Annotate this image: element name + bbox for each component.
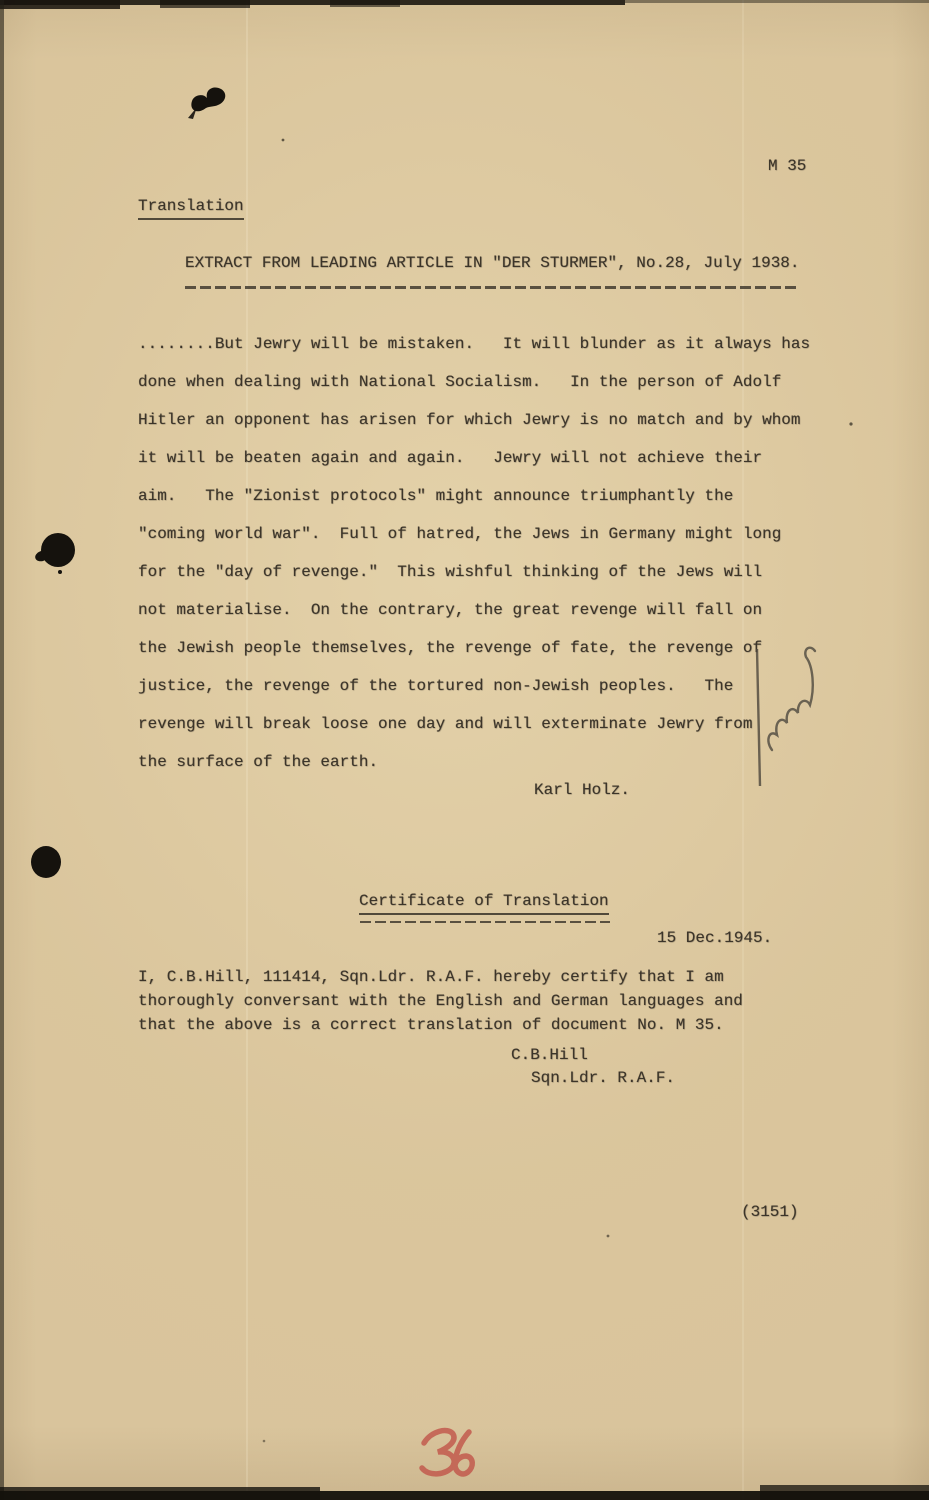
translation-heading: Translation — [138, 197, 244, 216]
text-line: thoroughly conversant with the English a… — [138, 992, 743, 1016]
article-title-underline — [185, 286, 799, 289]
text-line: the surface of the earth. — [138, 753, 810, 791]
translation-heading-text: Translation — [138, 197, 244, 220]
text-line: ........But Jewry will be mistaken. It w… — [138, 335, 810, 373]
certificate-body: I, C.B.Hill, 111414, Sqn.Ldr. R.A.F. her… — [138, 968, 743, 1040]
ink-blot-top — [188, 87, 225, 119]
article-body: ........But Jewry will be mistaken. It w… — [138, 335, 810, 791]
signer-name: C.B.Hill — [511, 1046, 588, 1065]
page-number-handwritten — [422, 1431, 472, 1474]
scan-edge-left — [0, 0, 4, 1500]
text-line: it will be beaten again and again. Jewry… — [138, 449, 810, 487]
text-line: that the above is a correct translation … — [138, 1016, 743, 1040]
scan-edge-bottom — [0, 1485, 929, 1500]
article-title: EXTRACT FROM LEADING ARTICLE IN "DER STU… — [185, 254, 800, 273]
footer-ref: (3151) — [741, 1203, 799, 1222]
text-line: done when dealing with National Socialis… — [138, 373, 810, 411]
text-line: Hitler an opponent has arisen for which … — [138, 411, 810, 449]
certificate-heading-text: Certificate of Translation — [359, 892, 609, 915]
signer-rank: Sqn.Ldr. R.A.F. — [531, 1069, 675, 1088]
text-line: justice, the revenge of the tortured non… — [138, 677, 810, 715]
certificate-heading-underline — [360, 921, 610, 923]
text-line: "coming world war". Full of hatred, the … — [138, 525, 810, 563]
text-line: the Jewish people themselves, the reveng… — [138, 639, 810, 677]
document-page: M 35 Translation EXTRACT FROM LEADING AR… — [0, 0, 929, 1500]
text-line: aim. The "Zionist protocols" might annou… — [138, 487, 810, 525]
ink-blot-left-upper — [34, 533, 75, 574]
text-line: revenge will break loose one day and wil… — [138, 715, 810, 753]
certificate-heading: Certificate of Translation — [359, 892, 609, 911]
text-line: for the "day of revenge." This wishful t… — [138, 563, 810, 601]
text-line: not materialise. On the contrary, the gr… — [138, 601, 810, 639]
text-line: I, C.B.Hill, 111414, Sqn.Ldr. R.A.F. her… — [138, 968, 743, 992]
article-signature: Karl Holz. — [534, 781, 630, 800]
ink-blot-left-lower — [31, 846, 61, 878]
certificate-date: 15 Dec.1945. — [657, 929, 772, 948]
doc-ref: M 35 — [768, 157, 806, 176]
scan-edge-top — [0, 0, 929, 9]
